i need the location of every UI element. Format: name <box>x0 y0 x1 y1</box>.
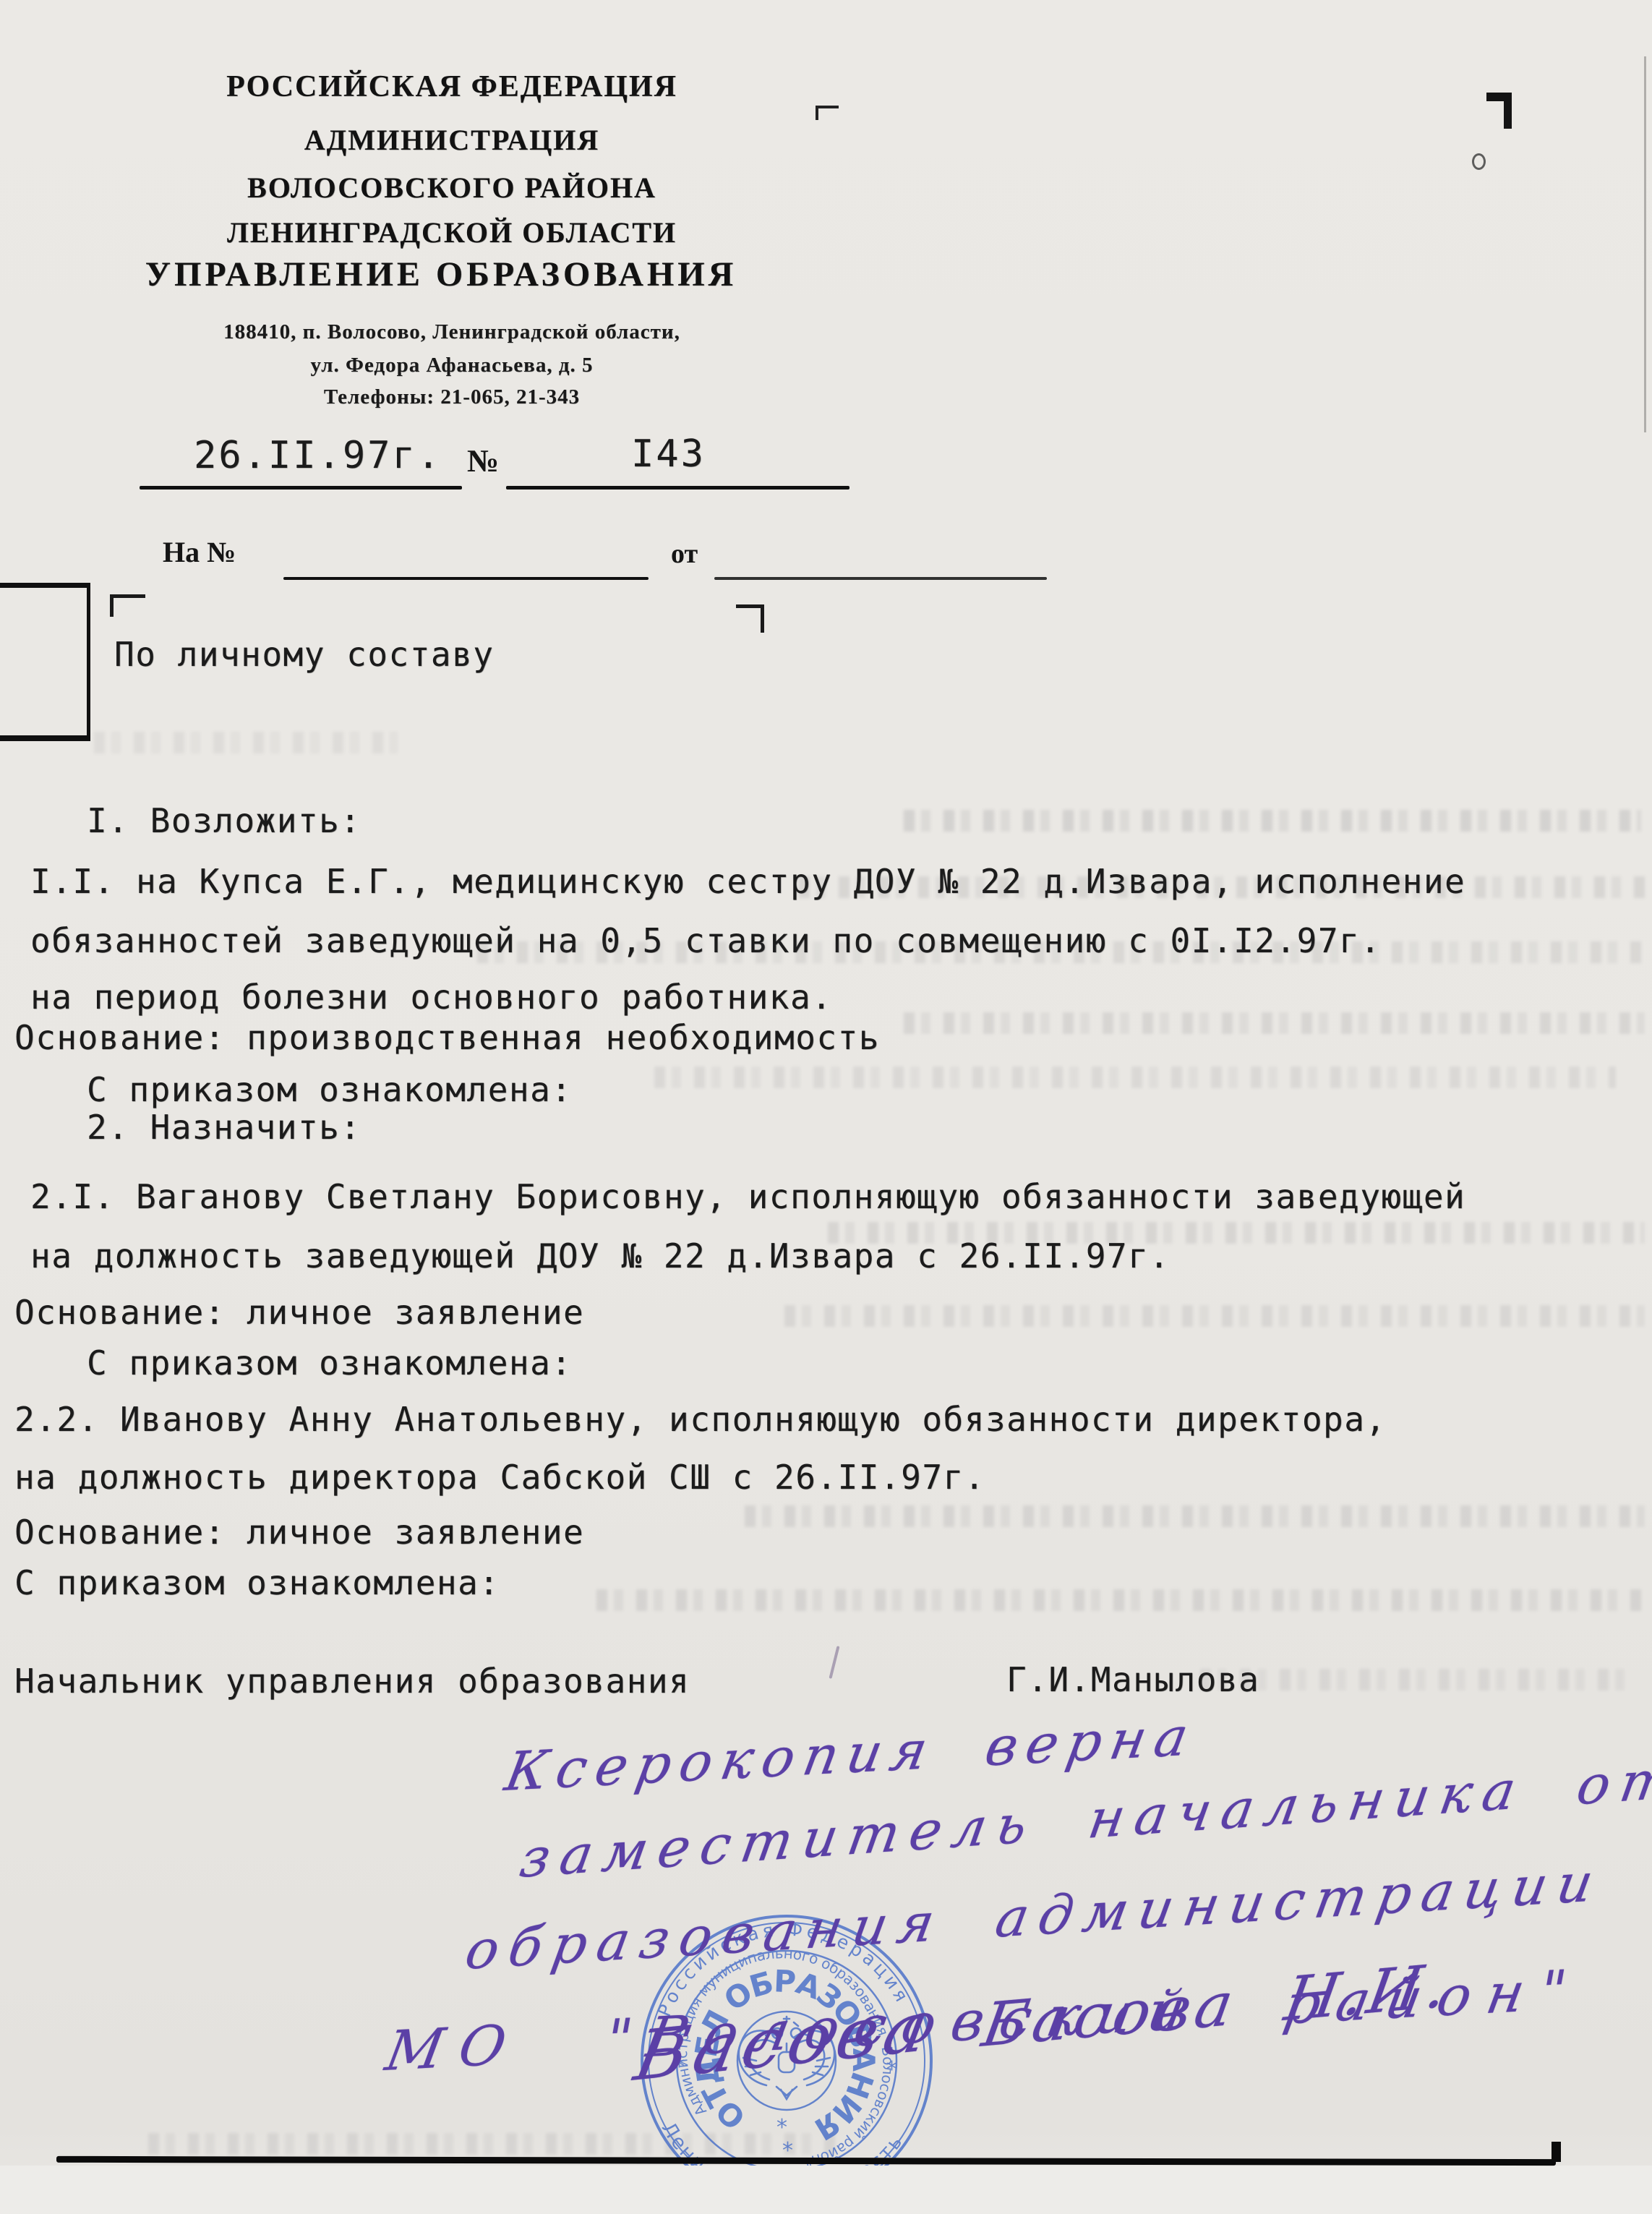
subject-heading: По личному составу <box>114 635 495 674</box>
bleedthrough-band <box>477 941 1645 963</box>
order-line: 2. Назначить: <box>87 1108 361 1147</box>
subject-bracket-left <box>110 594 145 617</box>
order-line: 2.2. Иванову Анну Анатольевну, исполняющ… <box>14 1400 1387 1439</box>
scan-edge-right <box>1644 56 1646 432</box>
bleedthrough-band <box>799 876 1645 898</box>
ref-ot-label: от <box>671 538 698 570</box>
bleedthrough-band <box>596 1589 1645 1611</box>
pen-tick <box>829 1646 839 1679</box>
letterhead-address-line3: Телефоны: 21-065, 21-343 <box>105 385 799 409</box>
document-date: 26.II.97г. <box>194 434 442 477</box>
ring-mark-top-right <box>1472 153 1486 170</box>
bleedthrough-band <box>904 1012 1645 1034</box>
letterhead-org-line3: ЛЕНИНГРАДСКОЙ ОБЛАСТИ <box>105 215 799 249</box>
letterhead-org-line2: ВОЛОСОВСКОГО РАЙОНА <box>105 171 799 205</box>
ref-na-underline <box>283 577 649 580</box>
order-line: I. Возложить: <box>87 801 361 840</box>
order-line: Основание: производственная необходимост… <box>14 1018 880 1057</box>
corner-mark-top-center <box>816 106 839 120</box>
letterhead-org-line1: АДМИНИСТРАЦИЯ <box>105 123 799 157</box>
order-line: 2.I. Ваганову Светлану Борисовну, исполн… <box>30 1177 1465 1216</box>
scanned-order-document: РОССИЙСКАЯ ФЕДЕРАЦИЯ АДМИНИСТРАЦИЯ ВОЛОС… <box>0 0 1652 2214</box>
letterhead-address-line1: 188410, п. Волосово, Ленинградской облас… <box>105 320 799 344</box>
order-line: на период болезни основного работника. <box>30 978 832 1017</box>
date-underline <box>140 486 462 490</box>
order-line: С приказом ознакомлена: <box>87 1070 572 1109</box>
bleedthrough-band <box>745 1505 1645 1527</box>
certifier-name: Басова Н.И. <box>977 1950 1456 2061</box>
number-underline <box>506 486 849 490</box>
letterhead-address-line2: ул. Федора Афанасьева, д. 5 <box>105 354 799 377</box>
bottom-strip <box>0 2166 1652 2214</box>
signoff-title: Начальник управления образования <box>14 1662 690 1701</box>
corner-mark-top-right <box>1486 93 1512 129</box>
bleedthrough-band <box>904 810 1641 832</box>
bleedthrough-band <box>654 1067 1616 1088</box>
order-line: Основание: личное заявление <box>14 1293 584 1332</box>
number-sign: № <box>467 443 499 479</box>
letterhead-country: РОССИЙСКАЯ ФЕДЕРАЦИЯ <box>105 69 799 104</box>
bleedthrough-band <box>94 732 398 753</box>
order-line: С приказом ознакомлена: <box>87 1343 572 1382</box>
bleedthrough-band <box>1200 1669 1634 1691</box>
order-line: на должность директора Сабской СШ с 26.I… <box>14 1458 985 1497</box>
scan-edge-line-tick <box>1552 2142 1561 2162</box>
ref-ot-underline <box>714 577 1047 580</box>
stamp-asterisk: * <box>776 2115 787 2140</box>
order-line: С приказом ознакомлена: <box>14 1563 500 1602</box>
left-margin-box <box>0 583 90 741</box>
ref-na-label: На № <box>163 535 236 569</box>
document-number: I43 <box>631 432 706 476</box>
bleedthrough-band <box>828 1222 1645 1244</box>
order-line: Основание: личное заявление <box>14 1513 584 1552</box>
subject-bracket-right <box>736 604 764 633</box>
bleedthrough-band <box>784 1305 1645 1327</box>
letterhead-department: УПРАВЛЕНИЕ ОБРАЗОВАНИЯ <box>80 255 803 294</box>
